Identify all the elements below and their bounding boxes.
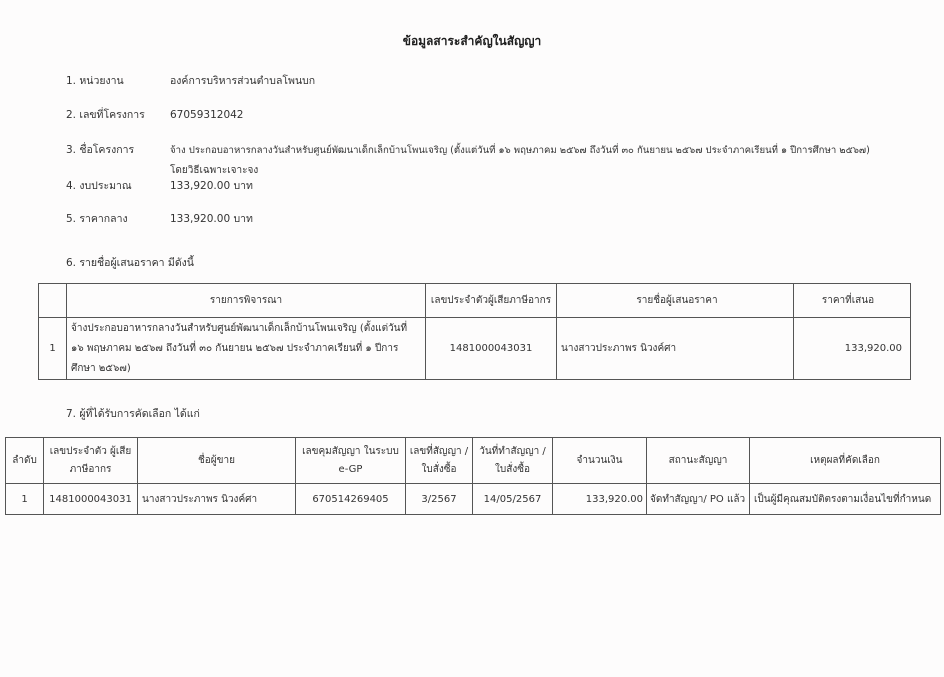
offered-price: 133,920.00 bbox=[794, 318, 911, 380]
field-label: 4. งบประมาณ bbox=[66, 177, 170, 194]
column-header: วันที่ทำสัญญา / ใบสั่งซื้อ bbox=[473, 438, 553, 484]
tax-id: 1481000043031 bbox=[426, 318, 557, 380]
column-header: รายการพิจารณา bbox=[67, 284, 426, 318]
field-budget: 4. งบประมาณ133,920.00 บาท bbox=[66, 177, 253, 194]
column-header: รายชื่อผู้เสนอราคา bbox=[557, 284, 794, 318]
column-header: ลำดับ bbox=[6, 438, 44, 484]
table-header-row: รายการพิจารณา เลขประจำตัวผู้เสียภาษีอากร… bbox=[39, 284, 911, 318]
column-header: สถานะสัญญา bbox=[647, 438, 750, 484]
document-page: ข้อมูลสาระสำคัญในสัญญา 1. หน่วยงานองค์กา… bbox=[0, 0, 944, 677]
field-label: 3. ชื่อโครงการ bbox=[66, 141, 170, 158]
selected-heading: 7. ผู้ที่ได้รับการคัดเลือก ได้แก่ bbox=[66, 405, 200, 422]
contract-date: 14/05/2567 bbox=[473, 484, 553, 515]
row-number: 1 bbox=[6, 484, 44, 515]
column-header bbox=[39, 284, 67, 318]
table-header-row: ลำดับ เลขประจำตัว ผู้เสียภาษีอากร ชื่อผู… bbox=[6, 438, 941, 484]
table-row: 1 จ้างประกอบอาหารกลางวันสำหรับศูนย์พัฒนา… bbox=[39, 318, 911, 380]
column-header: เลขประจำตัว ผู้เสียภาษีอากร bbox=[44, 438, 138, 484]
field-median-price: 5. ราคากลาง133,920.00 บาท bbox=[66, 210, 253, 227]
row-number: 1 bbox=[39, 318, 67, 380]
bidders-table: รายการพิจารณา เลขประจำตัวผู้เสียภาษีอากร… bbox=[38, 283, 911, 380]
tax-id: 1481000043031 bbox=[44, 484, 138, 515]
selected-vendor-table: ลำดับ เลขประจำตัว ผู้เสียภาษีอากร ชื่อผู… bbox=[5, 437, 941, 515]
field-value: 67059312042 bbox=[170, 109, 244, 121]
column-header: เหตุผลที่คัดเลือก bbox=[750, 438, 941, 484]
column-header: เลขคุมสัญญา ในระบบ e-GP bbox=[296, 438, 406, 484]
column-header: เลขประจำตัวผู้เสียภาษีอากร bbox=[426, 284, 557, 318]
field-project-no: 2. เลขที่โครงการ67059312042 bbox=[66, 106, 244, 123]
vendor-name: นางสาวประภาพร นิวงค์ศา bbox=[138, 484, 296, 515]
field-value: จ้าง ประกอบอาหารกลางวันสำหรับศูนย์พัฒนาเ… bbox=[170, 143, 870, 158]
column-header: เลขที่สัญญา / ใบสั่งซื้อ bbox=[406, 438, 473, 484]
column-header: ราคาที่เสนอ bbox=[794, 284, 911, 318]
bidder-name: นางสาวประภาพร นิวงค์ศา bbox=[557, 318, 794, 380]
field-label: 1. หน่วยงาน bbox=[66, 72, 170, 89]
field-value: 133,920.00 บาท bbox=[170, 210, 253, 227]
field-label: 5. ราคากลาง bbox=[66, 210, 170, 227]
selection-reason: เป็นผู้มีคุณสมบัติตรงตามเงื่อนไขที่กำหนด bbox=[750, 484, 941, 515]
field-project-name: 3. ชื่อโครงการจ้าง ประกอบอาหารกลางวันสำห… bbox=[66, 141, 870, 158]
procurement-method: โดยวิธีเฉพาะเจาะจง bbox=[170, 163, 258, 178]
table-row: 1 1481000043031 นางสาวประภาพร นิวงค์ศา 6… bbox=[6, 484, 941, 515]
field-value: 133,920.00 บาท bbox=[170, 177, 253, 194]
item-description: จ้างประกอบอาหารกลางวันสำหรับศูนย์พัฒนาเด… bbox=[67, 318, 426, 380]
contract-amount: 133,920.00 bbox=[553, 484, 647, 515]
egp-control-number: 670514269405 bbox=[296, 484, 406, 515]
contract-status: จัดทำสัญญา/ PO แล้ว bbox=[647, 484, 750, 515]
column-header: จำนวนเงิน bbox=[553, 438, 647, 484]
column-header: ชื่อผู้ขาย bbox=[138, 438, 296, 484]
document-title: ข้อมูลสาระสำคัญในสัญญา bbox=[0, 32, 944, 51]
field-value: องค์การบริหารส่วนตำบลโพนบก bbox=[170, 72, 315, 89]
field-agency: 1. หน่วยงานองค์การบริหารส่วนตำบลโพนบก bbox=[66, 72, 315, 89]
field-label: 2. เลขที่โครงการ bbox=[66, 106, 170, 123]
contract-number: 3/2567 bbox=[406, 484, 473, 515]
bidders-heading: 6. รายชื่อผู้เสนอราคา มีดังนี้ bbox=[66, 254, 194, 271]
